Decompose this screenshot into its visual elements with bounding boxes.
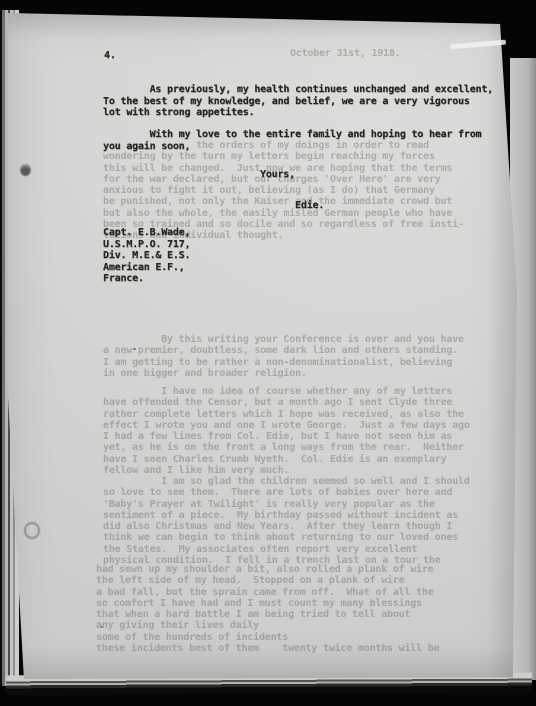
closing-line: Yours, [260,169,295,181]
text-line: anxious to fight it out, believing (as I… [103,185,464,196]
text-line: did also Christmas and New Years. After … [103,521,470,532]
text-line: have offended the Censor, but a month ag… [103,397,470,408]
text-line: By this writing your Conference is over … [103,334,464,345]
ghost-paragraph-4: I am so glad the children seemed so well… [103,476,470,566]
letter-page: October 31st, 1918. the orders of my doi… [6,12,518,680]
text-line: yet, as he is on the front a long ways f… [103,442,470,453]
text-line: some of the hundreds of incidents [96,632,439,643]
ghost-paragraph-3: I have no idea of course whether any of … [103,386,470,476]
text-line: that when a hard battle I am being tried… [96,609,439,620]
text-line: the left side of my head. Stopped on a p… [96,575,439,586]
text-line: but also the whole, the easily misled Ge… [103,208,464,219]
ghost-date-text: October 31st, 1918. [290,48,401,59]
text-line: be punished, not only the Kaiser and the… [103,196,464,207]
text-line: lot with strong appetites. [103,107,493,119]
text-line: effect I wrote you and one I wrote Georg… [103,420,470,431]
text-line: wondering by the turn my letters begin r… [103,151,464,162]
text-line: As previously, my health continues uncha… [103,84,493,96]
text-line: I am so glad the children seemed so well… [103,476,470,487]
punch-hole-top [20,164,31,176]
text-line: in one bigger and broader religion. [103,368,464,379]
ink-speck [133,348,136,350]
text-line: To the best of my knowledge, and belief,… [103,96,493,108]
text-line: I am getting to be rather a non-denomina… [103,357,464,368]
text-line: American E.F., [103,262,190,274]
text-line: so comfort I have had and I must count m… [96,598,439,609]
text-line: fellow and I like him very much. [103,465,470,476]
text-line: U.S.M.P.O. 717, [103,239,190,251]
text-line: a bad fall, but the sprain came from off… [96,587,439,598]
text-line: these incidents best of them twenty twic… [96,643,439,654]
ghost-paragraph-5: had sewn up my shoulder a bit, also roll… [96,564,439,654]
page-number: 4. [104,50,116,62]
scanned-letter-image: October 31st, 1918. the orders of my doi… [0,0,536,706]
text-line: any giving their lives daily [96,620,439,631]
ghost-paragraph-2: By this writing your Conference is over … [103,334,464,379]
ghost-date-line: October 31st, 1918. [290,48,401,59]
text-line: 'Baby's Prayer at Twilight' is really ve… [103,499,470,510]
text-line: France. [103,273,190,285]
text-line: you again soon, [103,141,481,153]
text-line: rather complete letters which I hope was… [103,409,470,420]
text-line: think we can begin to think about return… [103,532,470,543]
signature-line: Edie. [295,200,324,212]
text-line: sentiment of a piece. My birthday passed… [103,510,470,521]
text-line: I have no idea of course whether any of … [103,386,470,397]
body-paragraph-1: As previously, my health continues uncha… [103,84,493,119]
text-line: With my love to the entire family and ho… [103,129,481,141]
text-line: so love to see them. There are lots of b… [103,487,470,498]
text-line: had sewn up my shoulder a bit, also roll… [96,564,439,575]
ink-speck [101,626,103,628]
text-line: have I seen Charles Crumb Wyeth. Col. Ed… [103,454,470,465]
text-line: Capt. E.B.Wade, [103,227,190,239]
text-line: I had a few lines from Col. Edie, but I … [103,431,470,442]
text-line: Div. M.E.& E.S. [103,250,190,262]
address-block: Capt. E.B.Wade,U.S.M.P.O. 717,Div. M.E.&… [103,227,190,285]
body-paragraph-2: With my love to the entire family and ho… [103,129,481,152]
text-line: the States. My associates often report v… [103,544,470,555]
punch-hole-bottom [24,522,40,539]
text-line: a new premier, doubtless, some dark lion… [103,345,464,356]
